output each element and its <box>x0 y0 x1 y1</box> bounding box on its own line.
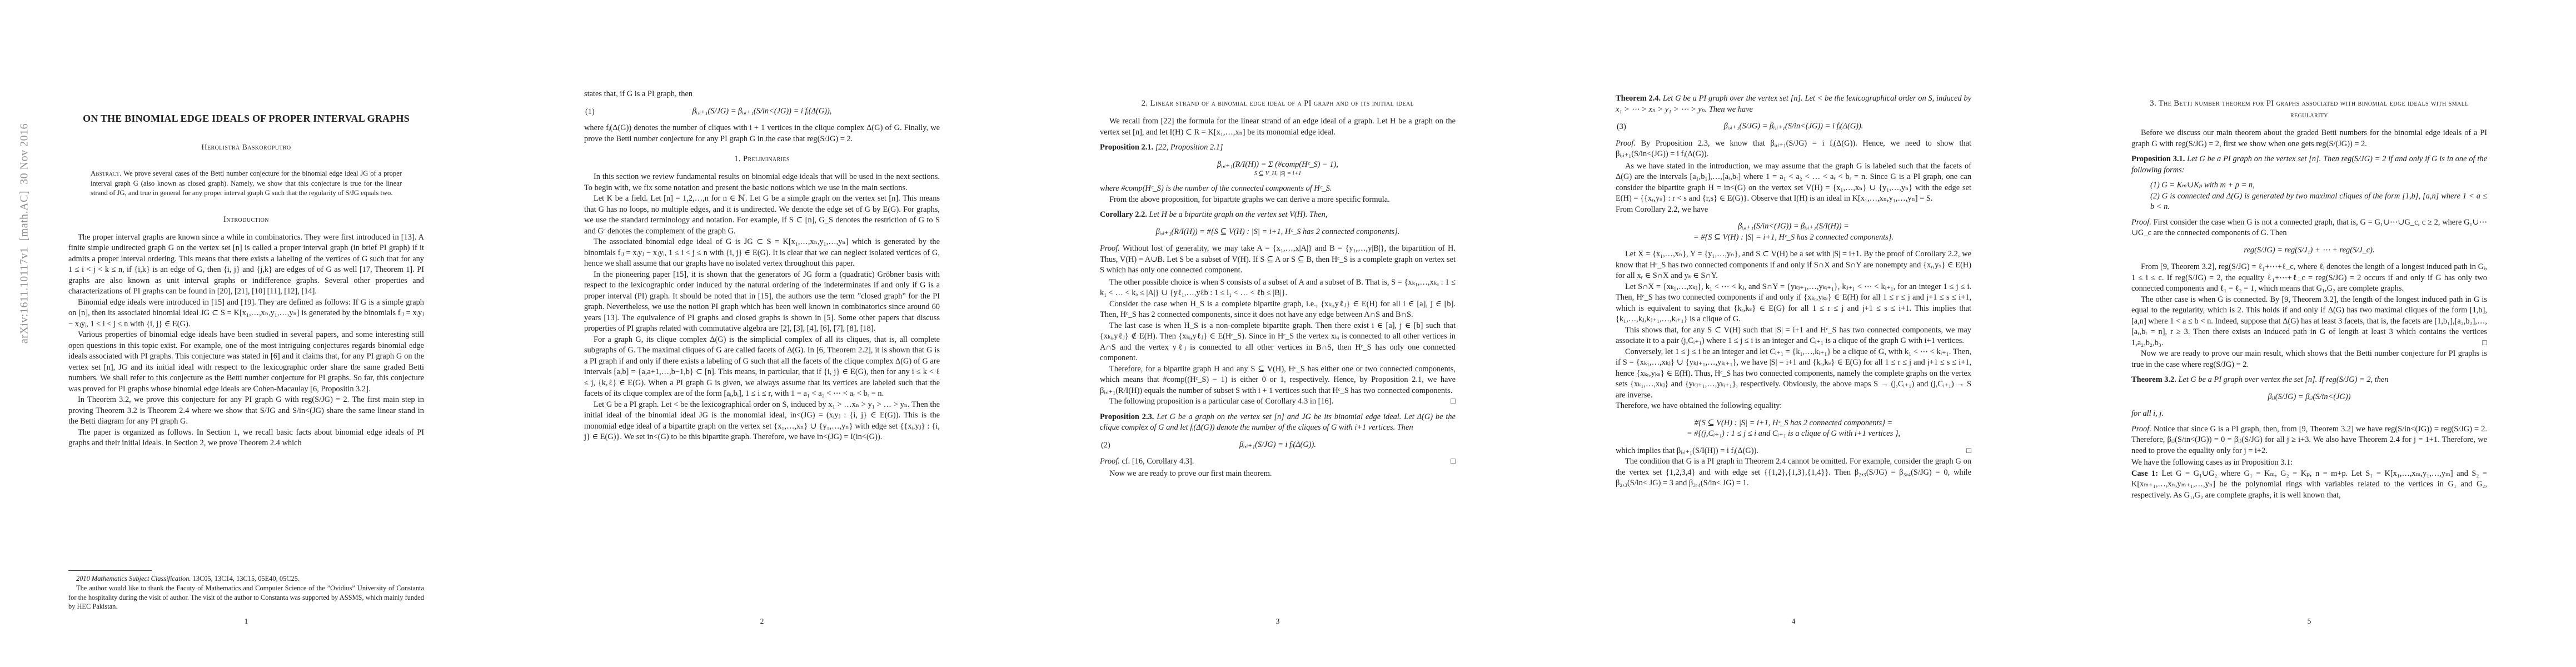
scanned-paper: { "colors": {"paper": "#ffffff", "ink": … <box>0 0 2576 667</box>
equation-sum-limits: S ⊆ V_H, |S| = i+1 <box>1100 170 1456 177</box>
paragraph: In this section we review fundamental re… <box>584 172 940 193</box>
paragraph-text: Therefore, we have obtained the followin… <box>1616 401 1782 410</box>
paragraph-text: The following proposition is a particula… <box>1109 397 1333 406</box>
paragraph: Now we are ready to prove our first main… <box>1100 469 1456 480</box>
theorem-text: Let H be a bipartite graph on the vertex… <box>1149 210 1327 219</box>
proof-text: Without lost of generality, we may take … <box>1100 244 1456 275</box>
paragraph: Let S∩X = {xₖ₁,…,xₖⱼ}, k₁ < ⋯ < kⱼ, and … <box>1616 282 1971 325</box>
equation: βᵢⱼ(S/JG) = βᵢⱼ(S/in<(JG)) <box>2131 392 2487 403</box>
paragraph: The other possible choice is when S cons… <box>1100 277 1456 299</box>
section-heading: 3. The Betti number theorem for PI graph… <box>2131 98 2487 121</box>
equation-line: #{S ⊆ V(H) : |S| = i+1, Hᶜ_S has 2 conne… <box>1616 418 1971 429</box>
proof-label: Proof. <box>1616 139 1636 148</box>
paragraph-text: Let K be a field. Let [n] = 1,2,…,n for … <box>584 194 940 236</box>
theorem-text: Let G be a PI graph over vertex the set … <box>2178 375 2388 384</box>
equation: (1)βᵢ,ᵢ₊₁(S/JG) = βᵢ,ᵢ₊₁(S/in<(JG)) = i … <box>584 106 940 117</box>
paragraph-text: From the above proposition, for bipartit… <box>1109 195 1390 204</box>
page-4: Theorem 2.4. Let G be a PI graph over th… <box>1616 0 1971 667</box>
equation: (3)βᵢ,ᵢ₊₁(S/JG) = βᵢ,ᵢ₊₁(S/in<(JG)) = i … <box>1616 121 1971 132</box>
page-number: 3 <box>1100 617 1456 626</box>
abstract-label: Abstract. <box>91 170 121 177</box>
theorem-label: Proposition 2.3. <box>1100 412 1154 421</box>
paragraph-text: As we have stated in the introduction, w… <box>1616 162 1971 203</box>
paragraph: The condition that G is a PI graph in Th… <box>1616 456 1971 489</box>
paragraph: The other case is when G is connected. B… <box>2131 295 2487 349</box>
page-5: 3. The Betti number theorem for PI graph… <box>2131 0 2487 667</box>
paragraph-text: Let X = {x₁,…,xₙ}, Y = {y₁,…,yₙ}, and S … <box>1616 250 1971 280</box>
theorem-label: Corollary 2.2. <box>1100 210 1147 219</box>
paragraph: where #comp(Hᶜ_S) is the number of the c… <box>1100 183 1456 195</box>
paragraph-text: The paper is organized as follows. In Se… <box>68 428 424 448</box>
paragraph: where fᵢ(Δ(G)) denotes the number of cli… <box>584 123 940 145</box>
case-text: Let G = G₁∪G₂ where G₁ = Kₘ, G₂ = Kₚ, n … <box>2131 469 2487 500</box>
paragraph-text: The associated binomial edge ideal of G … <box>584 237 940 268</box>
paragraph-text: The other case is when G is connected. B… <box>2131 295 2487 347</box>
paragraph: Therefore, for a bipartite graph H and a… <box>1100 364 1456 397</box>
footnote-label: 2010 Mathematics Subject Classification. <box>76 575 191 583</box>
paragraph: which implies that βᵢ,ᵢ₊₁(S/I(H)) = i fᵢ… <box>1616 446 1971 457</box>
paragraph: The proper interval graphs are known sin… <box>68 232 424 297</box>
paragraph: Now we are ready to prove our main resul… <box>2131 349 2487 370</box>
paragraph: We have the following cases as in Propos… <box>2131 457 2487 469</box>
author-name: Herolistra Baskoroputro <box>68 143 424 152</box>
paragraph: Therefore, we have obtained the followin… <box>1616 401 1971 412</box>
footnote: 2010 Mathematics Subject Classification.… <box>68 574 424 584</box>
equation-line: = #{(j,Cᵢ₊₁) : 1 ≤ j ≤ i and Cᵢ₊₁ is a c… <box>1616 429 1971 440</box>
page-2-content: states that, if G is a PI graph, then(1)… <box>584 0 940 443</box>
arxiv-stamp: arXiv:1611.10117v1 [math.AC] 30 Nov 2016 <box>18 123 31 344</box>
theorem-label: Proposition 2.1. <box>1100 143 1153 152</box>
paragraph: states that, if G is a PI graph, then <box>584 89 940 100</box>
paragraph-text: Now we are ready to prove our main resul… <box>2131 349 2487 369</box>
case-paragraph: Case 1: Let G = G₁∪G₂ where G₁ = Kₘ, G₂ … <box>2131 469 2487 501</box>
paragraph-text: Let S∩X = {xₖ₁,…,xₖⱼ}, k₁ < ⋯ < kⱼ, and … <box>1616 282 1971 324</box>
page-number: 1 <box>68 617 424 626</box>
paragraph: The associated binomial edge ideal of G … <box>584 237 940 270</box>
paragraph: for all i, j. <box>2131 409 2487 420</box>
paragraph: The last case is when H_S is a non-compl… <box>1100 321 1456 364</box>
page-number: 4 <box>1616 617 1971 626</box>
equation: (2)βᵢ,ᵢ₊₁(S/JG) = i fᵢ(Δ(G)). <box>1100 440 1456 451</box>
paragraph-text: Now we are ready to prove our first main… <box>1109 469 1272 478</box>
proof-text: First consider the case when G is not a … <box>2131 218 2487 238</box>
footnote-text: 13C05, 13C14, 13C15, 05E40, 05C25. <box>193 575 300 583</box>
page-3-content: 2. Linear strand of a binomial edge idea… <box>1100 0 1456 479</box>
proof-text: Notice that since G is a PI graph, then,… <box>2131 425 2487 455</box>
page-number: 2 <box>584 617 940 626</box>
case-label: Case 1: <box>2131 469 2158 478</box>
section-heading: Introduction <box>68 214 424 226</box>
paragraph-text: for all i, j. <box>2131 409 2164 418</box>
proof: Proof. First consider the case when G is… <box>2131 217 2487 239</box>
paragraph-text: For a graph G, its clique complex Δ(G) i… <box>584 335 940 399</box>
theorem: Proposition 3.1. Let G be a PI graph on … <box>2131 154 2487 176</box>
proof-label: Proof. <box>1100 457 1120 466</box>
abstract-text: We prove several cases of the Betti numb… <box>91 170 402 197</box>
proof-label: Proof. <box>2131 218 2151 227</box>
paragraph: Before we discuss our main theorem about… <box>2131 128 2487 150</box>
page-1-content: ON THE BINOMIAL EDGE IDEALS OF PROPER IN… <box>68 0 424 449</box>
theorem-label: Theorem 3.2. <box>2131 375 2176 384</box>
paragraph: For a graph G, its clique complex Δ(G) i… <box>584 335 940 400</box>
theorem-label: Proposition 3.1. <box>2131 155 2185 163</box>
qed-box: □ <box>1451 456 1456 467</box>
page-number: 5 <box>2131 617 2487 626</box>
abstract: Abstract. We prove several cases of the … <box>68 169 424 198</box>
paragraph-text: The condition that G is a PI graph in Th… <box>1616 457 1971 487</box>
paragraph-text: states that, if G is a PI graph, then <box>584 89 692 98</box>
paragraph-text: We recall from [22] the formula for the … <box>1100 117 1456 137</box>
proof-label: Proof. <box>2131 425 2151 434</box>
qed-box: □ <box>2473 338 2487 349</box>
theorem: Proposition 2.1. [22, Proposition 2.1] <box>1100 142 1456 153</box>
equation: #{S ⊆ V(H) : |S| = i+1, Hᶜ_S has 2 conne… <box>1616 418 1971 440</box>
proof: Proof. Without lost of generality, we ma… <box>1100 243 1456 276</box>
theorem: Corollary 2.2. Let H be a bipartite grap… <box>1100 210 1456 221</box>
equation-line: reg(S/JG) = reg(S/J₁) + ⋯ + reg(S/J_c). <box>2131 245 2487 256</box>
page-3: 2. Linear strand of a binomial edge idea… <box>1100 0 1456 667</box>
paragraph-text: In this section we review fundamental re… <box>584 172 940 192</box>
equation-tag: (1) <box>585 107 595 118</box>
paragraph-text: where fᵢ(Δ(G)) denotes the number of cli… <box>584 123 940 143</box>
paragraph-text: Conversely, let 1 ≤ j ≤ i be an integer … <box>1616 347 1971 400</box>
paragraph: As we have stated in the introduction, w… <box>1616 161 1971 205</box>
paragraph-text: This shows that, for any S ⊂ V(H) such t… <box>1616 326 1971 346</box>
paragraph: This shows that, for any S ⊂ V(H) such t… <box>1616 325 1971 347</box>
paragraph-text: From [9, Theorem 3.2], reg(S/JG) = ℓ₁+⋯+… <box>2131 262 2487 293</box>
paragraph-text: which implies that βᵢ,ᵢ₊₁(S/I(H)) = i fᵢ… <box>1616 446 1758 455</box>
equation-line: βᵢ,ᵢ₊₁(S/JG) = βᵢ,ᵢ₊₁(S/in<(JG)) = i fᵢ(… <box>1616 121 1971 132</box>
footnote-rule <box>68 570 152 571</box>
equation-line: βᵢⱼ(S/JG) = βᵢⱼ(S/in<(JG)) <box>2131 392 2487 403</box>
paragraph-text: The last case is when H_S is a non-compl… <box>1100 321 1456 363</box>
paragraph: From Corollary 2.2, we have <box>1616 205 1971 216</box>
paragraph: Binomial edge ideals were introduced in … <box>68 297 424 330</box>
paragraph-text: From Corollary 2.2, we have <box>1616 205 1708 214</box>
paragraph: Various properties of binomial edge idea… <box>68 330 424 395</box>
equation-line: βᵢ,ᵢ₊₁(S/JG) = i fᵢ(Δ(G)). <box>1100 440 1456 451</box>
paragraph: The following proposition is a particula… <box>1100 396 1456 407</box>
theorem-label: Theorem 2.4. <box>1616 94 1661 103</box>
page-5-content: 3. The Betti number theorem for PI graph… <box>2131 0 2487 501</box>
section-heading: 2. Linear strand of a binomial edge idea… <box>1100 98 1456 109</box>
theorem-text: [22, Proposition 2.1] <box>1155 143 1223 152</box>
paragraph-text: Consider the case when H_S is a complete… <box>1100 300 1456 320</box>
page-2: states that, if G is a PI graph, then(1)… <box>584 0 940 667</box>
paragraph: From [9, Theorem 3.2], reg(S/JG) = ℓ₁+⋯+… <box>2131 262 2487 295</box>
equation-line: βᵢ,ᵢ₊₁(S/JG) = βᵢ,ᵢ₊₁(S/in<(JG)) = i fᵢ(… <box>584 106 940 117</box>
paper-title: ON THE BINOMIAL EDGE IDEALS OF PROPER IN… <box>68 113 424 125</box>
page-1: ON THE BINOMIAL EDGE IDEALS OF PROPER IN… <box>68 0 424 667</box>
paragraph: Conversely, let 1 ≤ j ≤ i be an integer … <box>1616 347 1971 401</box>
footnote-text: The author would like to thank the Facut… <box>68 584 424 611</box>
list-item: (1) G = Kₘ∪Kₚ with m + p = n, <box>2150 180 2487 191</box>
page-4-content: Theorem 2.4. Let G be a PI graph over th… <box>1616 0 1971 489</box>
paragraph-text: The proper interval graphs are known sin… <box>68 233 424 296</box>
paragraph: Let X = {x₁,…,xₙ}, Y = {y₁,…,yₙ}, and S … <box>1616 249 1971 282</box>
equation-line: = #{S ⊆ V(H) : |S| = i+1, Hᶜ_S has 2 con… <box>1616 232 1971 243</box>
proof-label: Proof. <box>1100 244 1120 253</box>
list-item: (2) G is connected and Δ(G) is generated… <box>2150 191 2487 213</box>
equation: βᵢ,ᵢ₊₁(S/in<(JG)) = βᵢ,ᵢ₊₁(S/I(H)) == #{… <box>1616 221 1971 243</box>
equation-tag: (2) <box>1101 440 1110 451</box>
paragraph: In Theorem 3.2, we prove this conjecture… <box>68 395 424 427</box>
paragraph: In the pioneering paper [15], it is show… <box>584 270 940 335</box>
theorem-text: Let G be a PI graph over the vertex set … <box>1616 94 1971 114</box>
proof: Proof. By Proposition 2.3, we know that … <box>1616 138 1971 160</box>
qed-box: □ <box>1441 396 1456 407</box>
paragraph-text: Binomial edge ideals were introduced in … <box>68 298 424 328</box>
proof-text: cf. [16, Corollary 4.3]. <box>1122 457 1194 466</box>
paragraph: Consider the case when H_S is a complete… <box>1100 299 1456 321</box>
qed-box: □ <box>1966 446 1971 457</box>
equation-line: βᵢ,ᵢ₊₁(R/I(H)) = #{S ⊆ V(H) : |S| = i+1,… <box>1100 227 1456 238</box>
page-1-footnotes: 2010 Mathematics Subject Classification.… <box>68 570 424 611</box>
paragraph-text: Various properties of binomial edge idea… <box>68 330 424 394</box>
theorem: Proposition 2.3. Let G be a graph on the… <box>1100 412 1456 434</box>
footnote: The author would like to thank the Facut… <box>68 584 424 611</box>
theorem: Theorem 2.4. Let G be a PI graph over th… <box>1616 93 1971 115</box>
equation: reg(S/JG) = reg(S/J₁) + ⋯ + reg(S/J_c). <box>2131 245 2487 256</box>
theorem: Theorem 3.2. Let G be a PI graph over ve… <box>2131 375 2487 386</box>
equation-line: βᵢ,ᵢ₊₁(R/I(H)) = Σ (#comp(Hᶜ_S) − 1), <box>1100 160 1456 171</box>
paragraph-text: In Theorem 3.2, we prove this conjecture… <box>68 395 424 426</box>
paragraph: The paper is organized as follows. In Se… <box>68 427 424 449</box>
paragraph: From the above proposition, for bipartit… <box>1100 195 1456 206</box>
paragraph: Let G be a PI graph. Let < be the lexico… <box>584 400 940 443</box>
paragraph-text: where #comp(Hᶜ_S) is the number of the c… <box>1100 184 1332 193</box>
equation-tag: (3) <box>1617 122 1626 133</box>
proof: Proof. cf. [16, Corollary 4.3].□ <box>1100 456 1456 467</box>
proof-text: By Proposition 2.3, we know that βᵢ,ᵢ₊₁(… <box>1616 139 1971 159</box>
paragraph-text: Before we discuss our main theorem about… <box>2131 128 2487 148</box>
equation-line: βᵢ,ᵢ₊₁(S/in<(JG)) = βᵢ,ᵢ₊₁(S/I(H)) = <box>1616 221 1971 232</box>
equation: βᵢ,ᵢ₊₁(R/I(H)) = #{S ⊆ V(H) : |S| = i+1,… <box>1100 227 1456 238</box>
paragraph-text: In the pioneering paper [15], it is show… <box>584 270 940 333</box>
equation: βᵢ,ᵢ₊₁(R/I(H)) = Σ (#comp(Hᶜ_S) − 1),S ⊆… <box>1100 160 1456 178</box>
theorem-text: Let G be a PI graph on the vertex set [n… <box>2131 155 2487 175</box>
paragraph: Let K be a field. Let [n] = 1,2,…,n for … <box>584 193 940 237</box>
paragraph: We recall from [22] the formula for the … <box>1100 116 1456 138</box>
proof: Proof. Notice that since G is a PI graph… <box>2131 424 2487 457</box>
section-heading: 1. Preliminaries <box>584 153 940 165</box>
paragraph-text: The other possible choice is when S cons… <box>1100 278 1456 298</box>
paragraph-text: We have the following cases as in Propos… <box>2131 458 2293 467</box>
paragraph-text: Therefore, for a bipartite graph H and a… <box>1100 365 1456 395</box>
paragraph-text: Let G be a PI graph. Let < be the lexico… <box>584 400 940 442</box>
